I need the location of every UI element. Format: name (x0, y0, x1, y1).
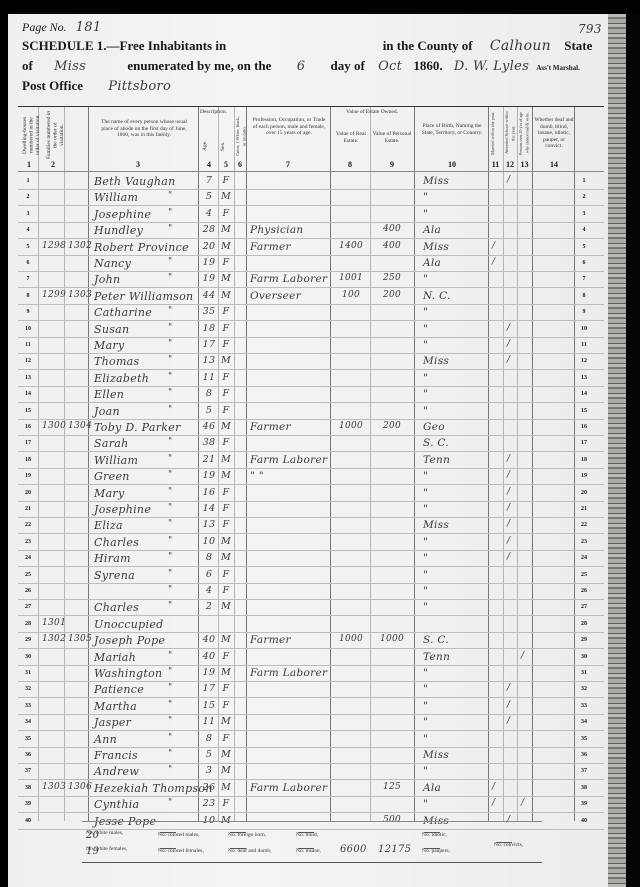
row-number-right: 7 (576, 276, 592, 282)
row-number-right: 1 (576, 178, 592, 184)
sex: M (219, 290, 233, 301)
birthplace: " (423, 208, 428, 220)
row-number-right: 38 (576, 785, 592, 791)
ditto-mark: " (168, 536, 172, 546)
birthplace: Miss (423, 519, 449, 531)
birthplace: Miss (423, 175, 449, 187)
row-number-left: 25 (20, 572, 36, 578)
table-row: 26"4F"26 (18, 583, 604, 600)
birthplace: " (423, 191, 428, 203)
table-row: 18William"21MFarm LaborerTenn/18 (18, 452, 604, 469)
real-estate-total: 6600 (340, 844, 367, 855)
sex: M (219, 241, 233, 252)
post-office-line: Post Office Pittsboro (22, 78, 171, 94)
ditto-mark: " (168, 339, 172, 349)
row-number-left: 20 (20, 490, 36, 496)
person-name: Catharine (94, 306, 152, 319)
table-row: 812991303Peter Williamson44MOverseer1002… (18, 288, 604, 305)
sex: M (219, 601, 233, 612)
sex: F (219, 388, 233, 399)
person-name: Hezekiah Thompson (94, 782, 213, 795)
row-number-right: 23 (576, 539, 592, 545)
row-number-right: 9 (576, 309, 592, 315)
dwelling-number: 1301 (42, 618, 66, 628)
table-row: 33Martha"15F"/33 (18, 698, 604, 715)
attended-school: / (507, 175, 510, 185)
person-name: Josephine (94, 208, 151, 221)
person-name: Francis (94, 749, 138, 762)
ditto-mark: " (168, 487, 172, 497)
attended-school: / (507, 355, 510, 365)
person-name: Ellen (94, 388, 124, 401)
real-estate-value: 1001 (334, 273, 368, 283)
personal-estate-value: 200 (374, 290, 410, 300)
row-number-right: 35 (576, 736, 592, 742)
ditto-mark: " (168, 306, 172, 316)
person-name: Ann (94, 733, 117, 746)
row-number-right: 4 (576, 227, 592, 233)
page-number-label: Page No. (22, 20, 67, 34)
row-number-left: 37 (20, 768, 36, 774)
age: 11 (200, 716, 218, 727)
county-label: in the County of (383, 38, 473, 53)
sex: M (219, 536, 233, 547)
birthplace: " (423, 683, 428, 695)
sex: F (219, 208, 233, 219)
row-number-right: 14 (576, 391, 592, 397)
ditto-mark: " (168, 224, 172, 234)
row-number-left: 11 (20, 342, 36, 348)
marshal-label: Ass't Marshal. (536, 64, 580, 72)
table-row: 15Joan"5F"15 (18, 403, 604, 420)
birthplace: Miss (423, 241, 449, 253)
state-value: Miss (54, 59, 86, 74)
sex: F (219, 372, 233, 383)
sex: F (219, 503, 233, 514)
row-number-right: 6 (576, 260, 592, 266)
table-row: 281301Unoccupied28 (18, 616, 604, 633)
ditto-mark: " (168, 569, 172, 579)
column-number: 11 (488, 160, 503, 169)
dwelling-number: 1300 (42, 421, 66, 431)
table-row: 35Ann"8F"35 (18, 731, 604, 748)
schedule-title: SCHEDULE 1.—Free Inhabitants in (22, 38, 226, 53)
birthplace: " (423, 372, 428, 384)
person-name: Toby D. Parker (94, 421, 181, 434)
birthplace: " (423, 601, 428, 613)
sex: M (219, 765, 233, 776)
age: 17 (200, 339, 218, 350)
row-number-right: 20 (576, 490, 592, 496)
marshal-signature: D. W. Lyles (454, 59, 529, 74)
column-number: 4 (202, 160, 216, 169)
birthplace: " (423, 733, 428, 745)
sex: F (219, 405, 233, 416)
column-header-illiterate: Persons over 20 y'rs of age who cannot r… (518, 109, 531, 157)
age: 15 (200, 700, 218, 711)
age: 5 (200, 405, 218, 416)
row-number-left: 7 (20, 276, 36, 282)
row-number-left: 17 (20, 440, 36, 446)
column-header-birthplace: Place of Birth, Naming the State, Territ… (418, 123, 486, 136)
ditto-mark: " (168, 749, 172, 759)
age: 17 (200, 683, 218, 694)
person-name: Jasper (94, 716, 131, 729)
birthplace: " (423, 323, 428, 335)
person-name: Syrena (94, 569, 135, 582)
row-number-right: 31 (576, 670, 592, 676)
stamp-number: 793 (578, 22, 602, 36)
personal-estate-value: 125 (374, 782, 410, 792)
sex: F (219, 798, 233, 809)
age: 4 (200, 585, 218, 596)
birthplace: " (423, 569, 428, 581)
row-number-right: 15 (576, 408, 592, 414)
row-number-right: 8 (576, 293, 592, 299)
ditto-mark: " (168, 552, 172, 562)
row-number-left: 21 (20, 506, 36, 512)
column-header-family: Families numbered in the order of visita… (46, 111, 60, 159)
table-row: 32Patience"17F"/32 (18, 681, 604, 698)
age: 19 (200, 273, 218, 284)
sex: F (219, 306, 233, 317)
row-number-left: 5 (20, 244, 36, 250)
column-number: 14 (544, 160, 564, 169)
birthplace: Tenn (423, 454, 450, 466)
family-number: 1303 (68, 290, 92, 300)
sex: F (219, 569, 233, 580)
age: 40 (200, 634, 218, 645)
birthplace: Ala (423, 782, 441, 794)
birthplace: Geo (423, 421, 445, 433)
attended-school: / (507, 487, 510, 497)
person-name: Andrew (94, 765, 139, 778)
row-number-left: 23 (20, 539, 36, 545)
sex: M (219, 634, 233, 645)
table-row: 13Elizabeth"11F"13 (18, 370, 604, 387)
row-number-right: 37 (576, 768, 592, 774)
age: 8 (200, 552, 218, 563)
column-number: 13 (517, 160, 532, 169)
birthplace: " (423, 798, 428, 810)
person-name: Patience (94, 683, 144, 696)
column-number: 7 (278, 160, 298, 169)
column-header-sex: Sex. (220, 137, 232, 155)
row-number-left: 29 (20, 637, 36, 643)
attended-school: / (507, 716, 510, 726)
row-number-right: 29 (576, 637, 592, 643)
ditto-mark: " (168, 585, 172, 595)
sex: M (219, 224, 233, 235)
personal-estate-value: 250 (374, 273, 410, 283)
sex: F (219, 437, 233, 448)
person-name: Thomas (94, 355, 139, 368)
table-row: 21Josephine"14F"/21 (18, 501, 604, 518)
family-number: 1304 (68, 421, 92, 431)
person-name: Hundley (94, 224, 143, 237)
family-number: 1306 (68, 782, 92, 792)
column-number: 10 (442, 160, 462, 169)
sex: M (219, 749, 233, 760)
row-number-left: 33 (20, 703, 36, 709)
person-name: Robert Province (94, 241, 189, 254)
table-row: 23Charles"10M"/23 (18, 534, 604, 551)
age: 14 (200, 503, 218, 514)
table-row: 22Eliza"13FMiss/22 (18, 517, 604, 534)
row-number-left: 8 (20, 293, 36, 299)
person-name: Sarah (94, 437, 129, 450)
row-number-left: 26 (20, 588, 36, 594)
row-number-left: 2 (20, 194, 36, 200)
birthplace: " (423, 765, 428, 777)
table-row: 6Nancy"19FAla/6 (18, 255, 604, 272)
occupation: Farm Laborer (250, 273, 327, 285)
row-number-right: 5 (576, 244, 592, 250)
ditto-mark: " (168, 667, 172, 677)
row-number-left: 9 (20, 309, 36, 315)
ditto-mark: " (168, 191, 172, 201)
age: 26 (200, 782, 218, 793)
person-name: Mary (94, 487, 125, 500)
attended-school: / (507, 503, 510, 513)
age: 19 (200, 470, 218, 481)
age: 11 (200, 372, 218, 383)
post-office-label: Post Office (22, 78, 83, 93)
person-name: Peter Williamson (94, 290, 193, 303)
cannot-read-write: / (521, 651, 524, 661)
table-row: 14Ellen"8F"14 (18, 386, 604, 403)
day-value: 6 (297, 59, 306, 74)
sex: M (219, 667, 233, 678)
sex: F (219, 323, 233, 334)
table-row: 30Mariah"40FTenn/30 (18, 649, 604, 666)
table-row: 10Susan"18F"/10 (18, 321, 604, 338)
sex: M (219, 355, 233, 366)
row-number-left: 13 (20, 375, 36, 381)
personal-estate-total: 12175 (378, 844, 411, 855)
table-row: 2William"5M"2 (18, 189, 604, 206)
ditto-mark: " (168, 716, 172, 726)
row-number-left: 19 (20, 473, 36, 479)
occupation: Overseer (250, 290, 301, 302)
sex: F (219, 700, 233, 711)
row-number-left: 39 (20, 801, 36, 807)
ditto-mark: " (168, 208, 172, 218)
table-row: 36Francis"5MMiss36 (18, 747, 604, 764)
column-header-age: Age. (202, 137, 214, 155)
table-row: 512981302Robert Province20MFarmer1400400… (18, 239, 604, 256)
sex: M (219, 273, 233, 284)
white-males-value: 20 (86, 830, 99, 841)
birthplace: " (423, 306, 428, 318)
page-number-value: 181 (76, 20, 102, 35)
row-number-right: 26 (576, 588, 592, 594)
sex: M (219, 454, 233, 465)
row-number-right: 39 (576, 801, 592, 807)
age: 40 (200, 651, 218, 662)
real-estate-value: 1000 (334, 421, 368, 431)
column-number: 2 (46, 160, 60, 169)
person-name: Susan (94, 323, 129, 336)
sex: M (219, 191, 233, 202)
row-number-left: 27 (20, 604, 36, 610)
birthplace: " (423, 470, 428, 482)
attended-school: / (507, 470, 510, 480)
sex: F (219, 519, 233, 530)
birthplace: " (423, 667, 428, 679)
age: 19 (200, 257, 218, 268)
personal-estate-value: 400 (374, 241, 410, 251)
age: 13 (200, 519, 218, 530)
sex: F (219, 585, 233, 596)
personal-estate-value: 400 (374, 224, 410, 234)
occupation: Farmer (250, 241, 291, 253)
person-name: John (94, 273, 120, 286)
birthplace: Tenn (423, 651, 450, 663)
row-number-left: 6 (20, 260, 36, 266)
column-number: 8 (340, 160, 360, 169)
of-label: of (22, 58, 33, 73)
row-number-right: 2 (576, 194, 592, 200)
ditto-mark: " (168, 798, 172, 808)
person-name: William (94, 454, 138, 467)
table-row: 24Hiram"8M"/24 (18, 550, 604, 567)
person-name: Hiram (94, 552, 131, 565)
married-within-year: / (492, 257, 495, 267)
row-number-right: 17 (576, 440, 592, 446)
column-header-disability: Whether deaf and dumb, blind, insane, id… (534, 117, 574, 150)
column-number: 5 (219, 160, 233, 169)
table-row: 34Jasper"11M"/34 (18, 714, 604, 731)
row-number-left: 30 (20, 654, 36, 660)
column-header-married: Married within the year. (490, 109, 502, 157)
table-row: 4Hundley"28MPhysician400Ala4 (18, 222, 604, 239)
real-estate-value: 1400 (334, 241, 368, 251)
county-value: Calhoun (490, 38, 551, 54)
person-name: Charles (94, 536, 139, 549)
table-row: 27Charles"2M"27 (18, 599, 604, 616)
row-number-right: 3 (576, 211, 592, 217)
real-estate-value: 1000 (334, 634, 368, 644)
age: 20 (200, 241, 218, 252)
person-name: Beth Vaughan (94, 175, 176, 188)
ditto-mark: " (168, 355, 172, 365)
birthplace: N. C. (423, 290, 451, 302)
real-estate-value: 100 (334, 290, 368, 300)
birthplace: Ala (423, 257, 441, 269)
birthplace: " (423, 388, 428, 400)
row-number-left: 1 (20, 178, 36, 184)
person-name: Eliza (94, 519, 123, 532)
dwelling-number: 1298 (42, 241, 66, 251)
row-number-right: 13 (576, 375, 592, 381)
attended-school: / (507, 536, 510, 546)
column-number: 3 (128, 160, 148, 169)
ditto-mark: " (168, 454, 172, 464)
row-number-left: 18 (20, 457, 36, 463)
row-number-right: 18 (576, 457, 592, 463)
book-binding-edge (608, 14, 626, 887)
row-number-right: 27 (576, 604, 592, 610)
occupation: Farm Laborer (250, 454, 327, 466)
ditto-mark: " (168, 651, 172, 661)
family-number: 1305 (68, 634, 92, 644)
birthplace: S. C. (423, 437, 449, 449)
sex: M (219, 552, 233, 563)
attended-school: / (507, 339, 510, 349)
age: 35 (200, 306, 218, 317)
age: 19 (200, 667, 218, 678)
birthplace: Ala (423, 224, 441, 236)
age: 16 (200, 487, 218, 498)
table-row: 3813031306Hezekiah Thompson26MFarm Labor… (18, 780, 604, 797)
row-number-left: 12 (20, 358, 36, 364)
year-value: 1860. (413, 58, 442, 73)
row-number-right: 22 (576, 522, 592, 528)
dwelling-number: 1302 (42, 634, 66, 644)
sex: F (219, 175, 233, 186)
column-header-school: Attended School within the year. (504, 109, 516, 157)
ditto-mark: " (168, 323, 172, 333)
column-number: 9 (382, 160, 402, 169)
state-label: State (564, 38, 592, 53)
table-row: 1Beth Vaughan7FMiss/1 (18, 173, 604, 190)
family-number: 1302 (68, 241, 92, 251)
age: 6 (200, 569, 218, 580)
age: 2 (200, 601, 218, 612)
row-number-left: 34 (20, 719, 36, 725)
age: 5 (200, 749, 218, 760)
ditto-mark: " (168, 257, 172, 267)
birthplace: S. C. (423, 634, 449, 646)
ditto-mark: " (168, 372, 172, 382)
age: 46 (200, 421, 218, 432)
column-header-real-estate: Value of Real Estate. (332, 131, 370, 144)
birthplace: " (423, 487, 428, 499)
age: 8 (200, 388, 218, 399)
row-number-right: 10 (576, 326, 592, 332)
age: 4 (200, 208, 218, 219)
age: 21 (200, 454, 218, 465)
person-name: Washington (94, 667, 162, 680)
birthplace: " (423, 552, 428, 564)
row-number-right: 19 (576, 473, 592, 479)
person-name: Joan (94, 405, 120, 418)
ditto-mark: " (168, 273, 172, 283)
birthplace: " (423, 273, 428, 285)
age: 44 (200, 290, 218, 301)
ditto-mark: " (168, 601, 172, 611)
person-name: Joseph Pope (94, 634, 165, 647)
age: 8 (200, 733, 218, 744)
table-row: 11Mary"17F"/11 (18, 337, 604, 354)
column-group-value: Value of Estate Owned. (332, 109, 412, 116)
attended-school: / (507, 700, 510, 710)
table-row: 9Catharine"35F"9 (18, 304, 604, 321)
sex: M (219, 782, 233, 793)
birthplace: Miss (423, 749, 449, 761)
row-number-right: 24 (576, 555, 592, 561)
row-number-right: 34 (576, 719, 592, 725)
attended-school: / (507, 454, 510, 464)
row-number-left: 35 (20, 736, 36, 742)
married-within-year: / (492, 798, 495, 808)
dwelling-number: 1303 (42, 782, 66, 792)
schedule-title-line: SCHEDULE 1.—Free Inhabitants in in the C… (22, 38, 592, 54)
sex: F (219, 257, 233, 268)
column-number: 1 (22, 160, 36, 169)
table-row: 31Washington"19MFarm Laborer"31 (18, 665, 604, 682)
